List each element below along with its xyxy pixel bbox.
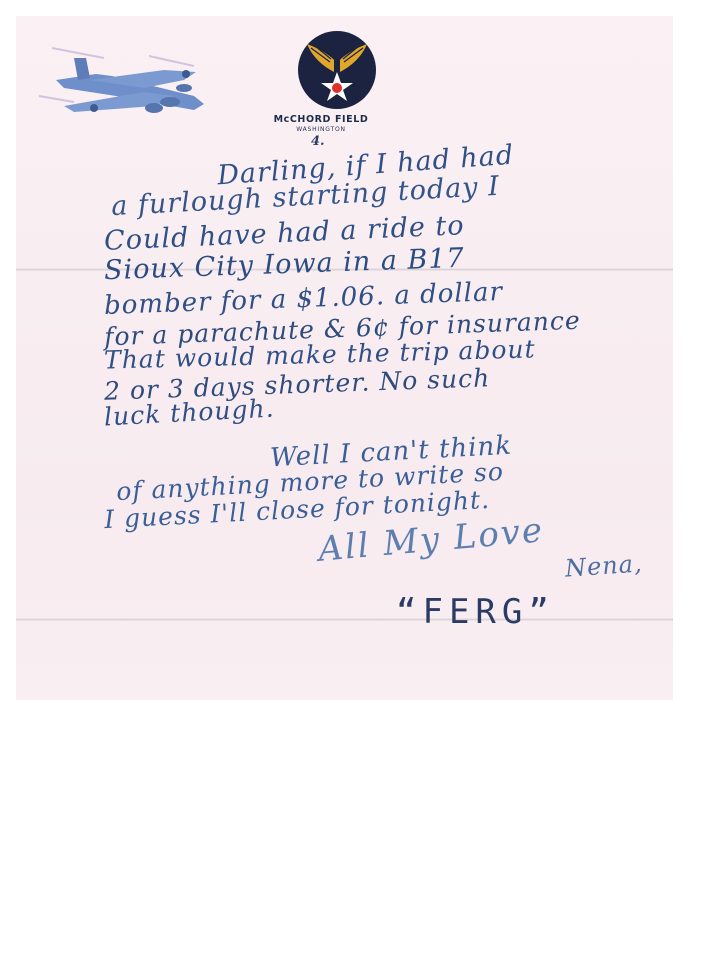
letterhead-field-state: WASHINGTON [250, 126, 392, 133]
b17-bomber-icon [34, 36, 214, 126]
page-number: 4. [311, 134, 325, 149]
letterhead-field-name: McCHORD FIELD [250, 114, 392, 125]
fold-line [16, 618, 673, 621]
nickname-signature: “FERG” [396, 592, 555, 632]
army-air-forces-wings-star-icon [297, 30, 377, 110]
letter-signature: Nena, [564, 549, 643, 582]
